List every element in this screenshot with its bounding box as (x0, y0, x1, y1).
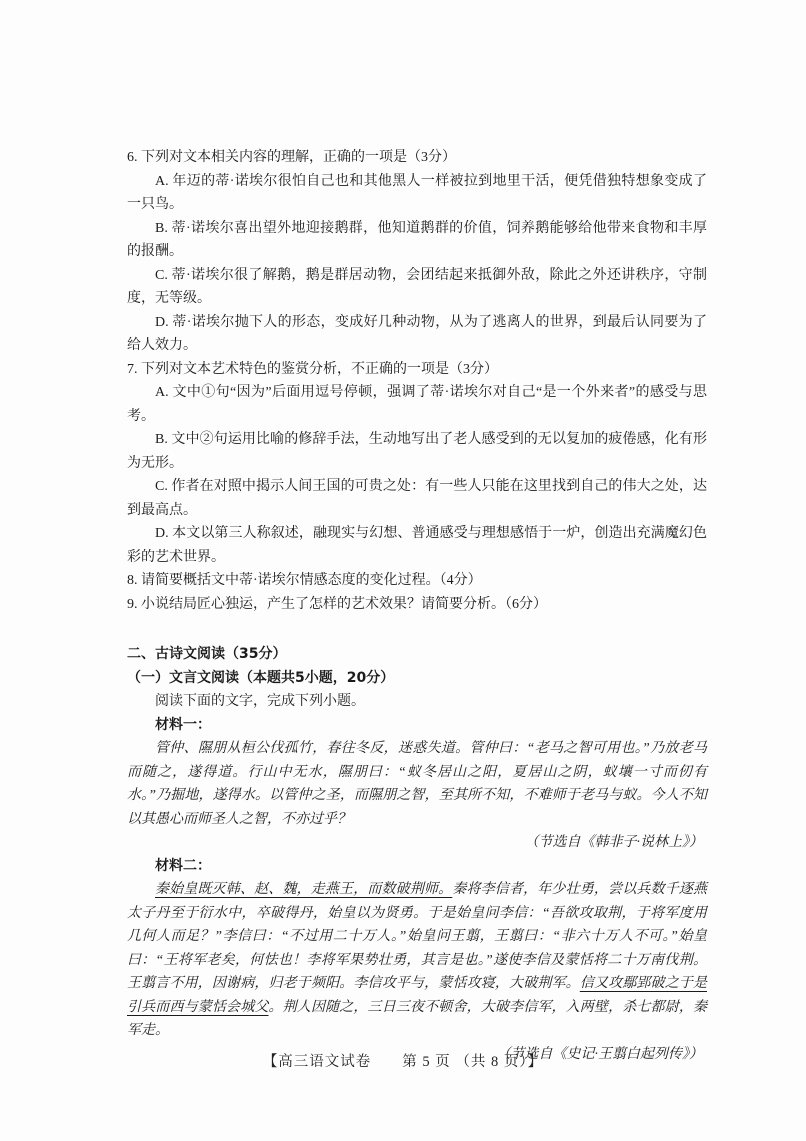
question-7-option-b: B. 文中②句运用比喻的修辞手法，生动地写出了老人感受到的无以复加的疲倦感，化有… (127, 428, 707, 475)
material-2-label: 材料二： (127, 855, 707, 879)
question-6-option-c: C. 蒂·诺埃尔很了解鹅，鹅是群居动物，会团结起来抵御外敌，除此之外还讲秩序，守… (127, 264, 707, 311)
reading-instruction: 阅读下面的文字，完成下列小题。 (127, 690, 707, 714)
question-6-option-a: A. 年迈的蒂·诺埃尔很怕自己也和其他黑人一样被拉到地里干活，便凭借独特想象变成… (127, 170, 707, 217)
material-1-source: （节选自《韩非子·说林上》） (127, 831, 707, 855)
question-8-stem: 8. 请简要概括文中蒂·诺埃尔情感态度的变化过程。（4分） (127, 569, 707, 593)
section-2-subtitle: （一）文言文阅读（本题共5小题，20分） (127, 667, 707, 691)
material-2-emphasis-char: 是 (449, 953, 463, 968)
material-2-text: 秦始皇既灭韩、赵、魏，走燕王，而数破荆师。秦将李信者，年少壮勇，尝以兵数千逐燕太… (127, 878, 707, 1043)
material-1-label: 材料一： (127, 714, 707, 738)
question-7-option-d: D. 本文以第三人称叙述，融现实与幻想、普通感受与理想感悟于一炉，创造出充满魔幻… (127, 522, 707, 569)
page-content: 6. 下列对文本相关内容的理解，正确的一项是（3分） A. 年迈的蒂·诺埃尔很怕… (127, 146, 707, 1066)
material-2-underlined-sentence-1: 秦始皇既灭韩、赵、魏，走燕王，而数破荆师。 (155, 882, 452, 897)
section-2-title: 二、古诗文阅读（35分） (127, 643, 707, 667)
page-footer: 【高三语文试卷 第 5 页 （共 8 页）】 (0, 1050, 806, 1071)
question-6-option-b: B. 蒂·诺埃尔喜出望外地迎接鹅群，他知道鹅群的价值，饲养鹅能够给他带来食物和丰… (127, 217, 707, 264)
question-7-stem: 7. 下列对文本艺术特色的鉴赏分析，不正确的一项是（3分） (127, 358, 707, 382)
exam-page: 6. 下列对文本相关内容的理解，正确的一项是（3分） A. 年迈的蒂·诺埃尔很怕… (0, 0, 806, 1141)
material-1-text: 管仲、隰朋从桓公伐孤竹，春往冬反，迷惑失道。管仲曰：“老马之智可用也。”乃放老马… (127, 737, 707, 831)
question-7-option-c: C. 作者在对照中揭示人间王国的可贵之处：有一些人只能在这里找到自己的伟大之处，… (127, 475, 707, 522)
question-9-stem: 9. 小说结局匠心独运，产生了怎样的艺术效果？请简要分析。（6分） (127, 593, 707, 617)
question-7-option-a: A. 文中①句“因为”后面用逗号停顿，强调了蒂·诺埃尔对自己“是一个外来者”的感… (127, 381, 707, 428)
question-6-stem: 6. 下列对文本相关内容的理解，正确的一项是（3分） (127, 146, 707, 170)
question-6-option-d: D. 蒂·诺埃尔抛下人的形态，变成好几种动物，从为了逃离人的世界，到最后认同要为… (127, 311, 707, 358)
